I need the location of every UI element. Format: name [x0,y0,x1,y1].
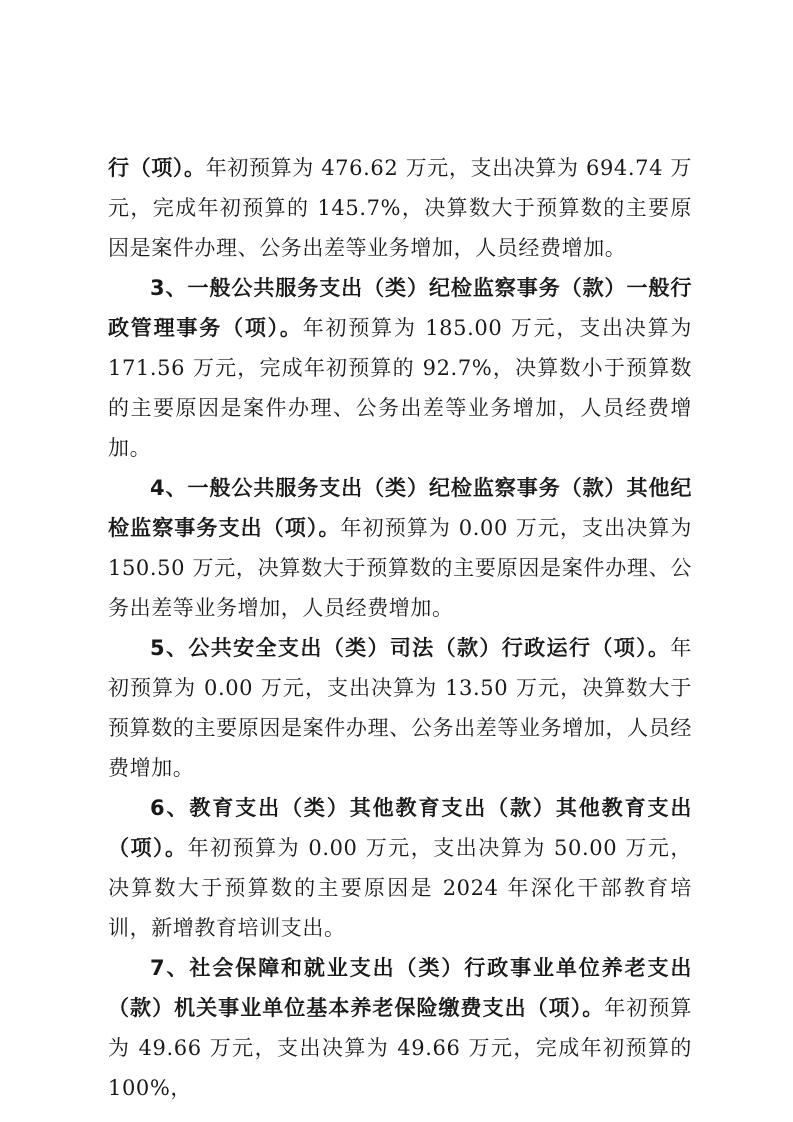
paragraph-item-7: 7、社会保障和就业支出（类）行政事业单位养老支出（款）机关事业单位基本养老保险缴… [108,948,692,1108]
item-body: 年初预算为 0.00 万元，支出决算为 50.00 万元，决算数大于预算数的主要… [108,836,692,940]
paragraph-item-4: 4、一般公共服务支出（类）纪检监察事务（款）其他纪检监察事务支出（项）。年初预算… [108,468,692,628]
item-heading: 行（项）。 [108,156,206,180]
item-heading: 5、公共安全支出（类）司法（款）行政运行（项）。 [150,636,670,660]
paragraph-item-2-continued: 行（项）。年初预算为 476.62 万元，支出决算为 694.74 万元，完成年… [108,148,692,268]
paragraph-item-5: 5、公共安全支出（类）司法（款）行政运行（项）。年初预算为 0.00 万元，支出… [108,628,692,788]
paragraph-item-6: 6、教育支出（类）其他教育支出（款）其他教育支出（项）。年初预算为 0.00 万… [108,788,692,948]
paragraph-item-3: 3、一般公共服务支出（类）纪检监察事务（款）一般行政管理事务（项）。年初预算为 … [108,268,692,468]
document-page: 行（项）。年初预算为 476.62 万元，支出决算为 694.74 万元，完成年… [108,148,692,1108]
